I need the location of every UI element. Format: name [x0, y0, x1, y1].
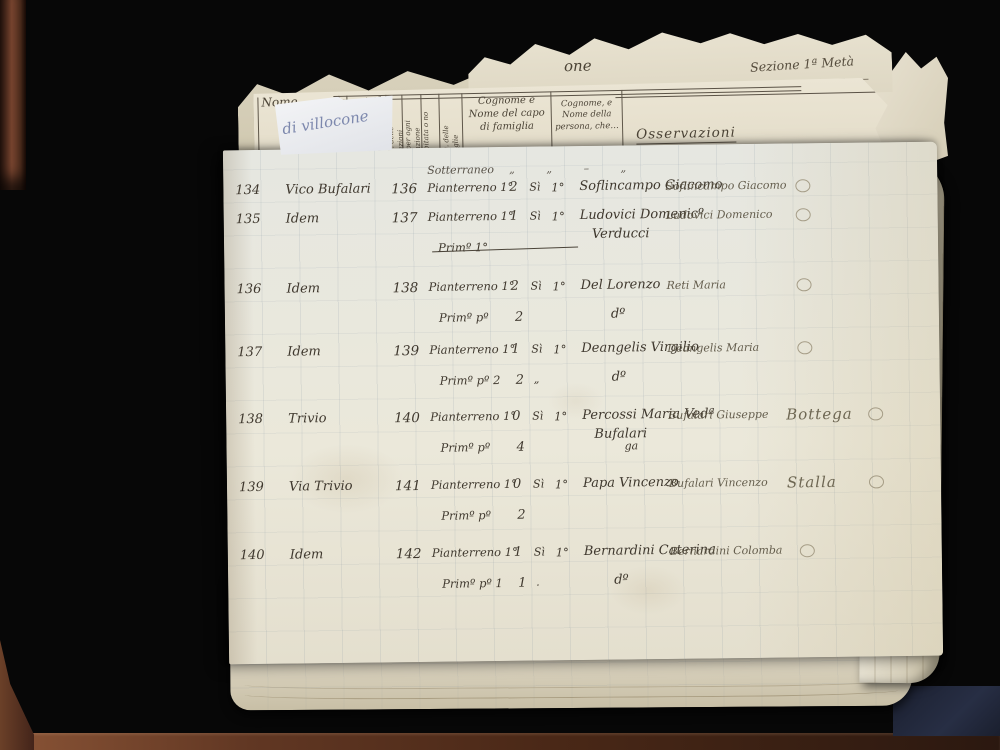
cell-n1: 1 [511, 342, 519, 357]
wood-table-edge-left [0, 0, 26, 190]
register-row: 136Idem138Pianterreno 1°2Sì1°Del Lorenzo… [224, 274, 939, 347]
cell-n1: 0 [513, 477, 521, 492]
check-circle-mark [869, 475, 884, 488]
cell-fam: 1° [552, 279, 565, 293]
header-persona-col: Cognome, e Nome della persona, che… [553, 98, 620, 134]
cell-l1: Pianterreno 1° [427, 180, 513, 195]
cell-rep: Bufalari Giuseppe [668, 408, 768, 422]
register-page: 134Vico Bufalari136Sotterraneo„ „ – „Pia… [223, 142, 943, 665]
wood-table-corner [0, 640, 34, 750]
cell-fam: 1° [551, 180, 564, 194]
cell-n2: 2 [515, 310, 523, 325]
cell-l1: Pianterreno 1° [430, 409, 516, 424]
cell-d2: dº [611, 306, 626, 321]
torn-word: one [564, 56, 592, 75]
register-rows: 134Vico Bufalari136Sotterraneo„ „ – „Pia… [223, 142, 943, 665]
cell-d2: dº [612, 369, 627, 384]
check-circle-mark [800, 544, 815, 557]
cell-street: Idem [286, 281, 320, 296]
cell-ab: Sì [533, 477, 544, 490]
cell-street: Idem [286, 211, 320, 226]
register-row: 139Via Trivio141Pianterreno 1°0Sì1°Papa … [227, 472, 942, 545]
cell-house: 141 [395, 478, 421, 494]
cell-fam: 1° [552, 209, 565, 223]
cell-no: 138 [238, 412, 263, 427]
cell-house: 138 [392, 280, 418, 296]
cell-ab: Sì [530, 279, 541, 292]
cell-rep: Ludovici Domenico [666, 208, 773, 222]
cell-street: Idem [287, 344, 321, 359]
cell-ab: Sì [529, 181, 540, 194]
cell-d2: dº [614, 572, 629, 587]
cell-headb: Bufalari [594, 426, 647, 442]
cell-l2: Primº pº [440, 440, 490, 455]
cell-obs: Bottega [786, 405, 853, 424]
cell-obs: Stalla [787, 473, 837, 492]
check-circle-mark [796, 278, 811, 291]
header-capo-famiglia-col: Cognome e Nome del capo di famiglia [464, 93, 549, 134]
cell-l1: Pianterreno 1° [428, 279, 514, 294]
cell-l0: Sotterraneo [427, 163, 494, 177]
cell-n2: 2 [516, 373, 524, 388]
check-circle-mark [796, 208, 811, 221]
header-osservazioni-col: Osservazioni [636, 125, 736, 145]
cell-ab: Sì [531, 342, 542, 355]
cell-ab: Sì [532, 409, 543, 422]
section-label: Sezione 1ª Metà [750, 53, 855, 75]
table-surface-patch [893, 686, 1000, 736]
cell-no: 140 [240, 548, 265, 563]
cell-ab2: . [536, 576, 540, 589]
sticky-note-text: di villocone [281, 107, 370, 138]
wood-table-edge-bottom [0, 733, 1000, 750]
register-row: 135Idem137Pianterreno 1°1Sì1°Ludovici Do… [224, 204, 939, 277]
cell-n1: 0 [512, 409, 520, 424]
cell-l2: Primº pº [439, 310, 489, 325]
cell-rep: Deangelis Maria [667, 341, 759, 355]
cell-ab: Sì [530, 210, 541, 223]
cell-house: 142 [396, 546, 422, 562]
register-row: 137Idem139Pianterreno 1°1Sì1°Deangelis V… [225, 337, 940, 410]
sticky-note: di villocone [275, 94, 396, 156]
cell-house: 140 [394, 410, 420, 426]
cell-fam: 1° [553, 342, 566, 356]
check-circle-mark [797, 341, 812, 354]
cell-head: Papa Vincenzo [583, 475, 679, 491]
cell-rep: Reti Maria [666, 278, 726, 292]
cell-ab: Sì [534, 545, 545, 558]
cell-l2: Primº pº 2 [440, 373, 501, 388]
cell-n1: 2 [509, 180, 517, 195]
cell-no: 135 [236, 212, 261, 227]
cell-l2: Primº pº [441, 508, 491, 523]
cell-street: Trivio [288, 411, 327, 426]
cell-no: 136 [236, 282, 261, 297]
cell-l2: Primº 1° [438, 240, 488, 255]
cell-n2: 4 [516, 440, 524, 455]
cell-house: 137 [392, 210, 418, 226]
cell-ab2: „ [534, 373, 540, 386]
cell-no: 134 [235, 183, 260, 198]
cell-n1: 1 [510, 209, 518, 224]
cell-n1: 1 [514, 545, 522, 560]
cell-l1: Pianterreno 1° [428, 209, 514, 224]
cell-n2: 2 [517, 508, 525, 523]
check-circle-mark [795, 179, 810, 192]
cell-l1: Pianterreno 1° [431, 477, 517, 492]
cell-rep: Bufalari Vincenzo [669, 476, 768, 490]
cell-house: 136 [391, 181, 417, 197]
cell-headb: Verducci [592, 226, 650, 242]
cell-house: 139 [393, 343, 419, 359]
cell-rep: Bernardini Colomba [670, 544, 783, 558]
check-circle-mark [868, 407, 883, 420]
cell-n1: 2 [510, 279, 518, 294]
cell-l1: Pianterreno 1° [432, 545, 518, 560]
cell-no: 139 [239, 480, 264, 495]
cell-l2: Primº pº 1 [442, 576, 503, 591]
cell-headc: ga [624, 439, 638, 452]
cell-fam: 1° [556, 545, 569, 559]
cell-street: Via Trivio [289, 479, 353, 495]
cell-fam: 1° [554, 409, 567, 423]
cell-n2: 1 [518, 576, 526, 591]
cell-street: Idem [290, 547, 324, 562]
register-row: 140Idem142Pianterreno 1°1Sì1°Bernardini … [228, 540, 943, 613]
cell-head: Del Lorenzo [580, 277, 660, 293]
cell-l0v: „ „ – „ [509, 161, 640, 176]
cell-rep: Soflincampo Giacomo [665, 178, 786, 192]
register-row: 138Trivio140Pianterreno 1°0Sì1°Percossi … [226, 404, 941, 477]
cell-fam: 1° [555, 477, 568, 491]
cell-l1: Pianterreno 1° [429, 342, 515, 357]
cell-street: Vico Bufalari [285, 182, 371, 198]
cell-no: 137 [237, 345, 262, 360]
photo-of-register-page: one Sezione 1ª Metà Nome Indicazione ne'… [0, 0, 1000, 750]
